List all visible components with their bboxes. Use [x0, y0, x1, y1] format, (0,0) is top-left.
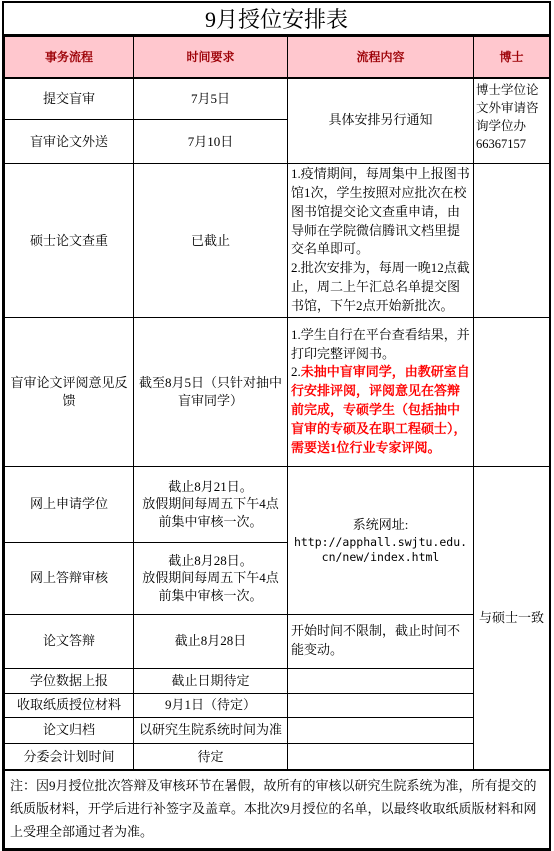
time-cell: 截止8月28日。 放假期间每周五下午4点前集中审核一次。 [134, 542, 288, 614]
phd-contact-cell: 博士学位论文外审请咨询学位办 66367157 [474, 78, 550, 164]
header-time: 时间要求 [134, 37, 288, 78]
system-site-url: http://apphall.swjtu.edu.cn/new/index.ht… [291, 535, 470, 565]
task-cell: 硕士论文查重 [5, 164, 134, 318]
table-row-10: 论文归档 以研究生院系统时间为准 [5, 717, 550, 743]
content-cell-notice: 具体安排另行通知 [288, 78, 474, 164]
time-cell: 截止日期待定 [134, 668, 288, 693]
task-cell: 盲审论文评阅意见反馈 [5, 317, 134, 466]
table-row-9: 收取纸质授位材料 9月1日（待定） [5, 693, 550, 717]
time-cell: 7月5日 [134, 78, 288, 120]
time-cell: 截至8月5日（只针对抽中盲审同学） [134, 317, 288, 466]
time-cell: 截止8月21日。 放假期间每周五下午4点前集中审核一次。 [134, 466, 288, 542]
content-cell-defense: 开始时间不限制，截止时间不能变动。 [288, 614, 474, 668]
phd-same-as-master-cell: 与硕士一致 [474, 466, 550, 770]
time-cell: 9月1日（待定） [134, 693, 288, 717]
content-empty-cell [288, 668, 474, 693]
task-cell: 盲审论文外送 [5, 120, 134, 164]
time-cell: 待定 [134, 743, 288, 770]
review-feedback-item1: 1.学生自行在平台查看结果，并打印完整评阅书。 [291, 326, 470, 364]
content-empty-cell [288, 743, 474, 770]
phd-empty-cell [474, 317, 550, 466]
time-cell: 7月10日 [134, 120, 288, 164]
item2-number: 2. [291, 364, 301, 379]
table-row-1: 提交盲审 7月5日 具体安排另行通知 博士学位论文外审请咨询学位办 663671… [5, 78, 550, 120]
content-empty-cell [288, 717, 474, 743]
content-cell-system-site: 系统网址: http://apphall.swjtu.edu.cn/new/in… [288, 466, 474, 614]
table-row-7: 论文答辩 截止8月28日 开始时间不限制，截止时间不能变动。 [5, 614, 550, 668]
task-cell: 网上答辩审核 [5, 542, 134, 614]
task-cell: 分委会计划时间 [5, 743, 134, 770]
content-cell-plagiarism-check: 1.疫情期间，每周集中上报图书馆1次，学生按照对应批次在校图书馆提交论文查重申请… [288, 164, 474, 318]
time-cell: 截止8月28日 [134, 614, 288, 668]
item2-alert-text: 未抽中盲审同学，由教研室自行安排评阅，评阅意见在答辩前完成，专硕学生（包括抽中盲… [291, 364, 470, 454]
table-row-5: 网上申请学位 截止8月21日。 放假期间每周五下午4点前集中审核一次。 系统网址… [5, 466, 550, 542]
content-empty-cell [288, 693, 474, 717]
header-task: 事务流程 [5, 37, 134, 78]
phd-empty-cell [474, 164, 550, 318]
table-row-4: 盲审论文评阅意见反馈 截至8月5日（只针对抽中盲审同学） 1.学生自行在平台查看… [5, 317, 550, 466]
system-site-label: 系统网址: [291, 516, 470, 535]
task-cell: 学位数据上报 [5, 668, 134, 693]
header-content: 流程内容 [288, 37, 474, 78]
table-row-8: 学位数据上报 截止日期待定 [5, 668, 550, 693]
header-row: 事务流程 时间要求 流程内容 博士 [5, 37, 550, 78]
content-cell-review-feedback: 1.学生自行在平台查看结果，并打印完整评阅书。 2.未抽中盲审同学，由教研室自行… [288, 317, 474, 466]
page-title: 9月授位安排表 [4, 3, 549, 36]
header-phd: 博士 [474, 37, 550, 78]
table-row-11: 分委会计划时间 待定 [5, 743, 550, 770]
task-cell: 收取纸质授位材料 [5, 693, 134, 717]
task-cell: 提交盲审 [5, 78, 134, 120]
note-cell: 注：因9月授位批次答辩及审核环节在暑假，故所有的审核以研究生院系统为准，所有提交… [5, 770, 550, 848]
task-cell: 论文答辩 [5, 614, 134, 668]
schedule-sheet: 9月授位安排表 事务流程 时间要求 流程内容 博士 提交盲审 7月5日 具体安排… [2, 1, 551, 851]
note-row: 注：因9月授位批次答辩及审核环节在暑假，故所有的审核以研究生院系统为准，所有提交… [5, 770, 550, 848]
task-cell: 论文归档 [5, 717, 134, 743]
time-cell: 已截止 [134, 164, 288, 318]
table-row-3: 硕士论文查重 已截止 1.疫情期间，每周集中上报图书馆1次，学生按照对应批次在校… [5, 164, 550, 318]
task-cell: 网上申请学位 [5, 466, 134, 542]
schedule-table: 事务流程 时间要求 流程内容 博士 提交盲审 7月5日 具体安排另行通知 博士学… [4, 36, 550, 849]
time-cell: 以研究生院系统时间为准 [134, 717, 288, 743]
review-feedback-item2: 2.未抽中盲审同学，由教研室自行安排评阅，评阅意见在答辩前完成，专硕学生（包括抽… [291, 363, 470, 457]
